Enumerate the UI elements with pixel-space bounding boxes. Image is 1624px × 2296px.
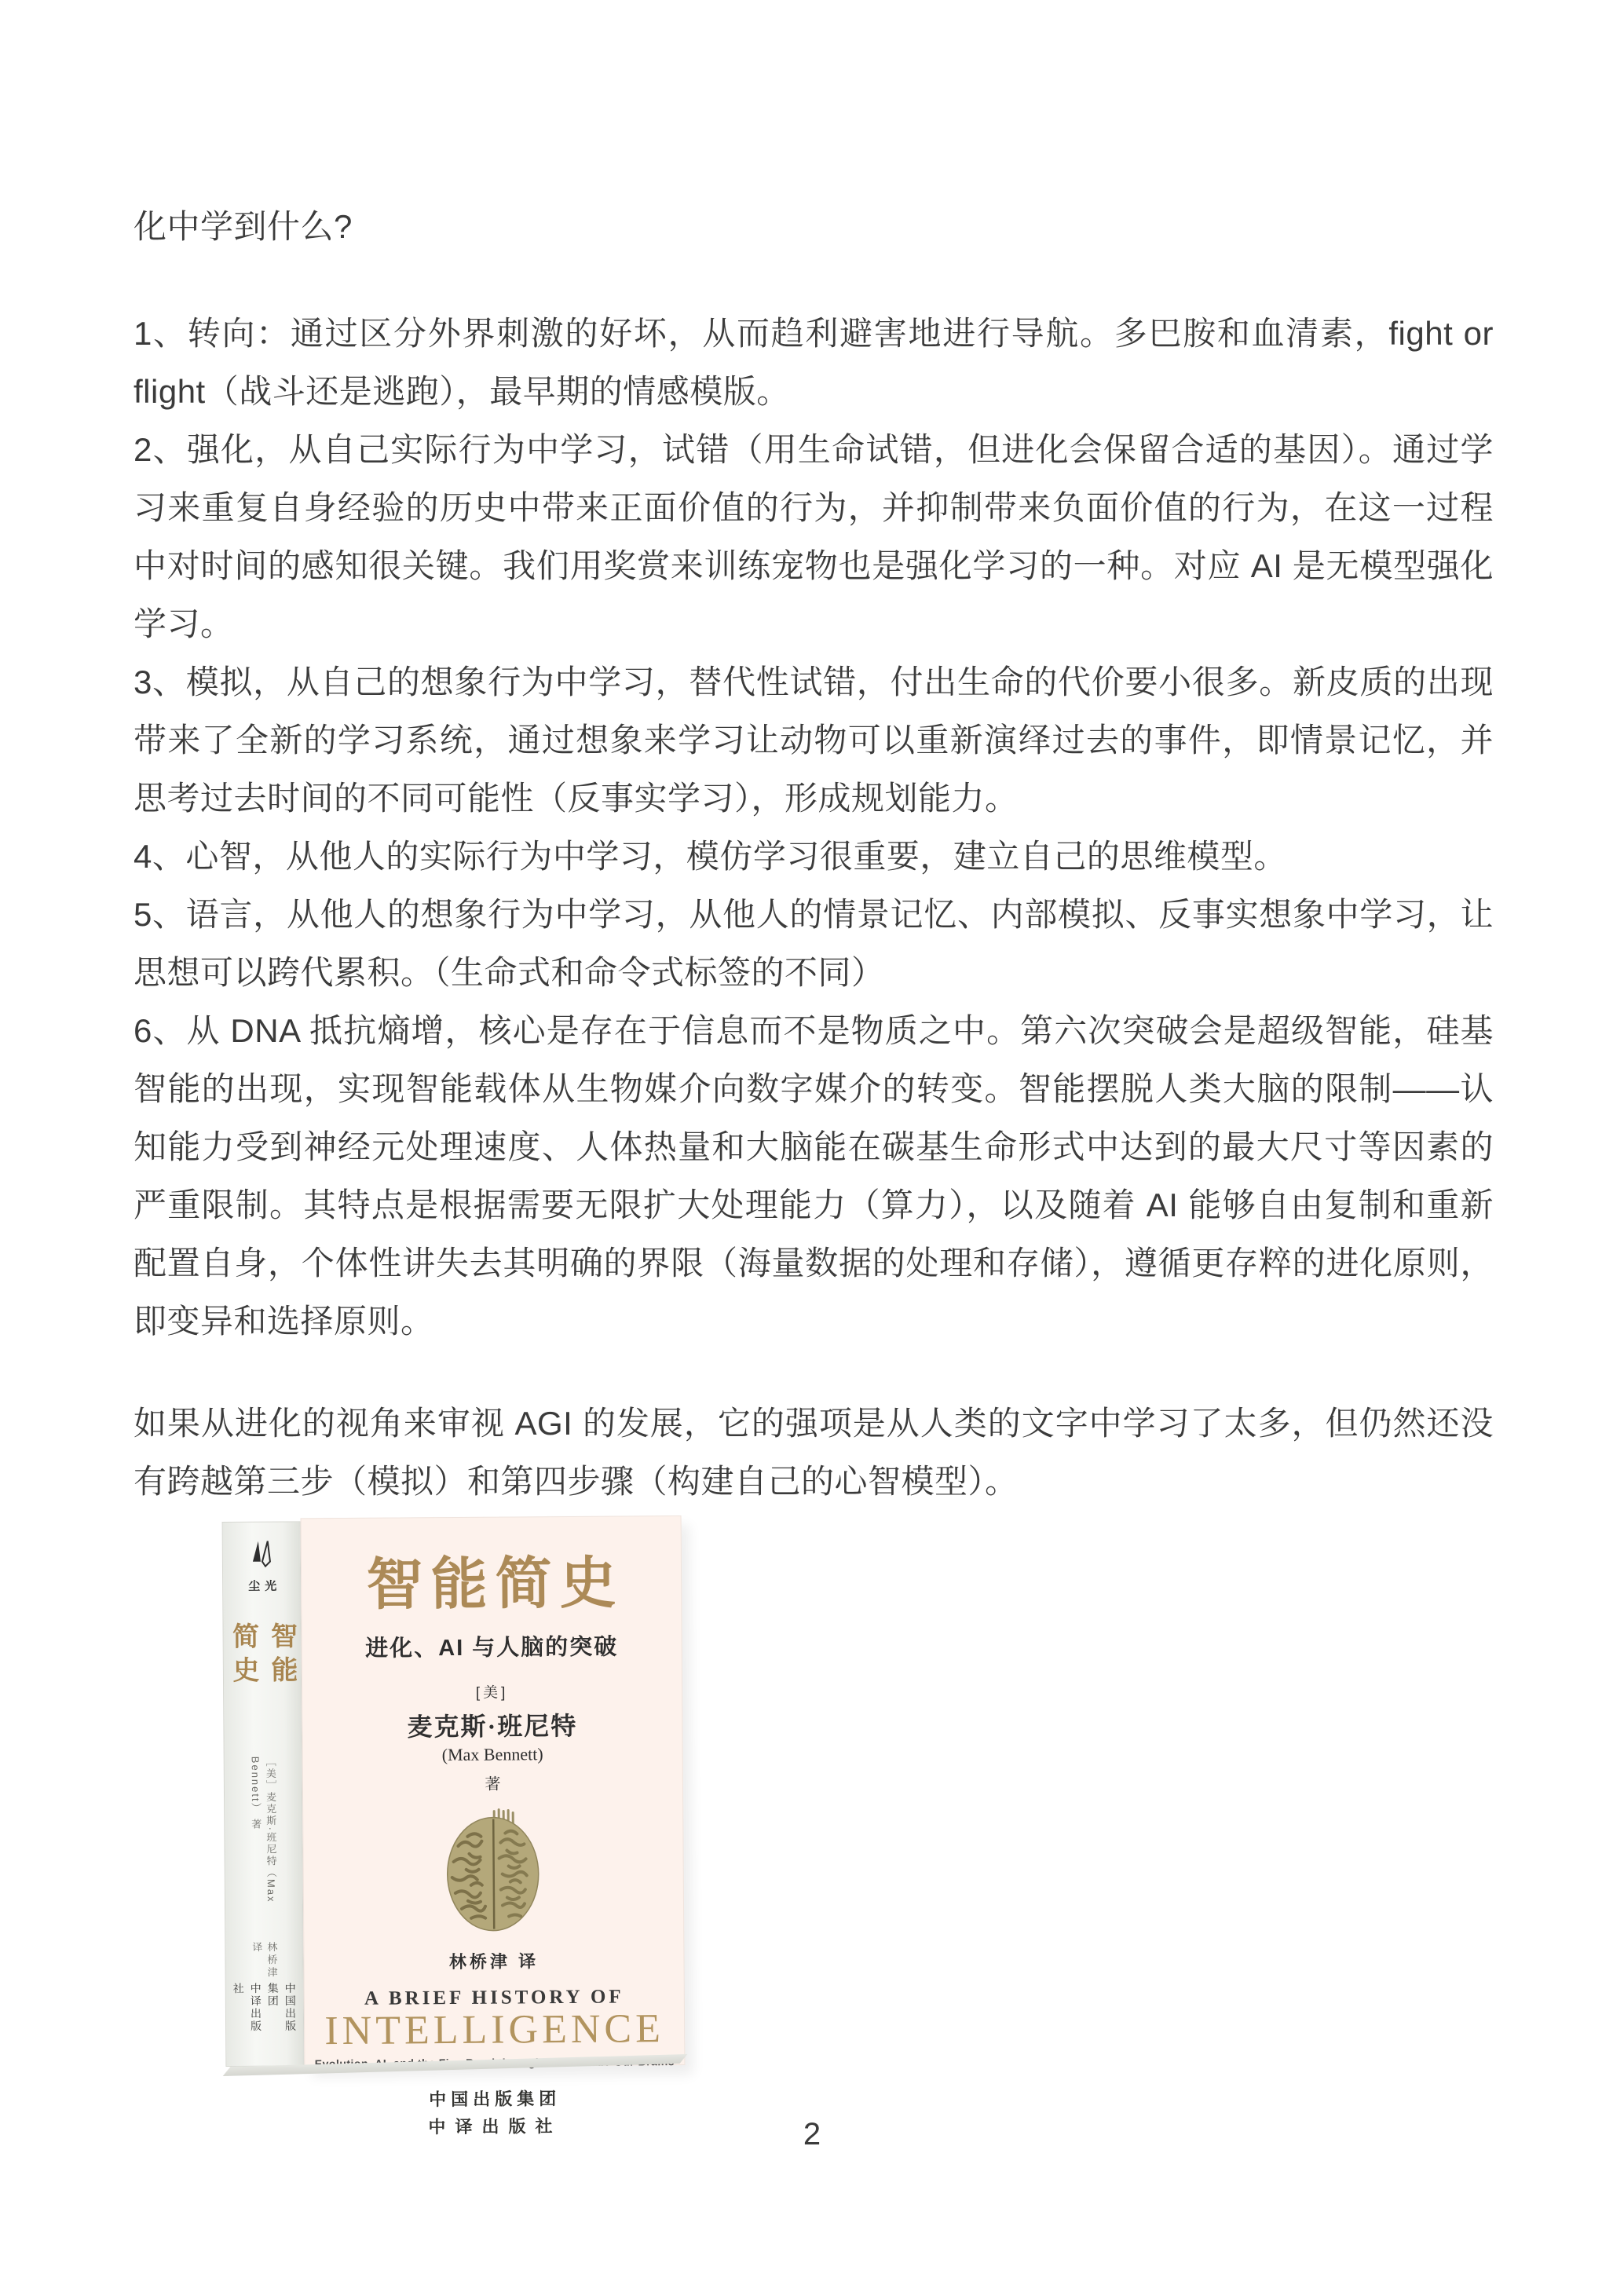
author-name-english: (Max Bennett) [442,1744,543,1765]
list-item-5: 5、语言，从他人的想象行为中学习，从他人的情景记忆、内部模拟、反事实想象中学习，… [134,886,1494,1002]
spine-author: ［美］麦克斯·班尼特（Max Bennett） 著 [248,1756,279,1924]
cover-translator: 林桥津 译 [449,1948,539,1973]
article-body: 1、转向：通过区分外界刺激的好坏，从而趋利避害地进行导航。多巴胺和血清素，fig… [134,305,1494,1511]
spine-publisher: 中国出版集团 中译出版社 [230,1983,299,2039]
spine-title: 智能简史 [223,1622,301,1724]
book-subtitle: 进化、AI 与人脑的突破 [365,1629,618,1662]
book-cover-image: 光尘 智能简史 ［美］麦克斯·班尼特（Max Bennett） 著 林桥津 译 … [222,1515,686,2070]
closing-paragraph: 如果从进化的视角来审视 AGI 的发展，它的强项是从人类的文字中学习了太多，但仍… [134,1395,1494,1511]
opening-line: 化中学到什么? [134,198,1494,256]
english-title: INTELLIGENCE [324,2008,664,2053]
book-front-cover: 智能简史 进化、AI 与人脑的突破 [美] 麦克斯·班尼特 (Max Benne… [301,1515,686,2067]
author-name: 麦克斯·班尼特 [407,1706,577,1744]
page-number: 2 [0,2117,1624,2152]
list-item-6: 6、从 DNA 抵抗熵增，核心是存在于信息而不是物质之中。第六次突破会是超级智能… [134,1002,1494,1351]
book-spine: 光尘 智能简史 ［美］麦克斯·班尼特（Max Bennett） 著 林桥津 译 … [222,1521,305,2067]
list-item-1: 1、转向：通过区分外界刺激的好坏，从而趋利避害地进行导航。多巴胺和血清素，fig… [134,305,1494,421]
book-title: 智能简史 [358,1551,624,1618]
author-role: 著 [485,1771,500,1793]
spine-translator: 林桥津 译 [249,1941,279,1983]
list-item-2: 2、强化，从自己实际行为中学习，试错（用生命试错，但进化会保留合适的基因）。通过… [134,421,1494,653]
document-page: 化中学到什么? 1、转向：通过区分外界刺激的好坏，从而趋利避害地进行导航。多巴胺… [0,0,1624,2296]
imprint-name: 光尘 [245,1580,278,1603]
imprint-logo-icon [248,1538,275,1574]
list-item-3: 3、模拟，从自己的想象行为中学习，替代性试错，付出生命的代价要小很多。新皮质的出… [134,653,1494,828]
brain-illustration [444,1808,543,1936]
author-origin: [美] [476,1680,509,1702]
publisher-group: 中国出版集团 [429,2086,561,2111]
list-item-4: 4、心智，从他人的实际行为中学习，模仿学习很重要，建立自己的思维模型。 [134,828,1494,886]
